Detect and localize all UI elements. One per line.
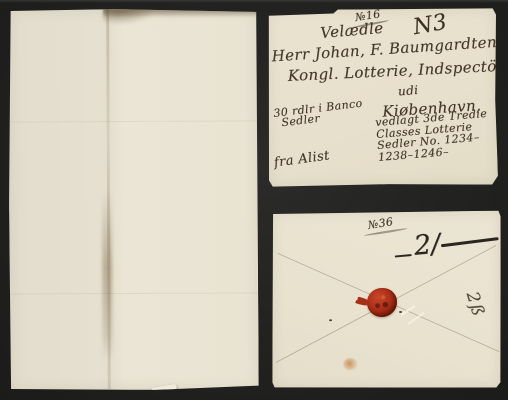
rate-value: 2/ (413, 228, 442, 261)
honorific-text: Velædle (320, 19, 385, 42)
address-envelope: №16 Velædle N3 Herr Johan, F. Baumgardte… (267, 8, 498, 188)
sealed-envelope: №36 2/ 2ß (272, 211, 502, 389)
stain-spot (343, 358, 357, 370)
rate-dash-stroke (395, 253, 412, 257)
letter-top-blotch (103, 9, 155, 25)
photo-background: №16 Velædle N3 Herr Johan, F. Baumgardte… (0, 0, 508, 400)
letter-bottom-paper-tab (151, 384, 177, 397)
ink-dot (399, 311, 402, 313)
enclosure-note: vedlagt 3de Tredie Classes Lotterie Sedl… (375, 108, 491, 163)
rate-dash-stroke (441, 237, 499, 247)
preposition-text: udi (397, 83, 419, 99)
ink-dot (329, 319, 332, 321)
origin-note: fra Alist (273, 148, 331, 170)
letter-horizontal-crease (9, 120, 258, 122)
letter-crease-smudge (102, 192, 113, 360)
red-wax-seal (367, 288, 397, 317)
letter-horizontal-crease (9, 292, 258, 294)
folded-letter (8, 8, 259, 390)
